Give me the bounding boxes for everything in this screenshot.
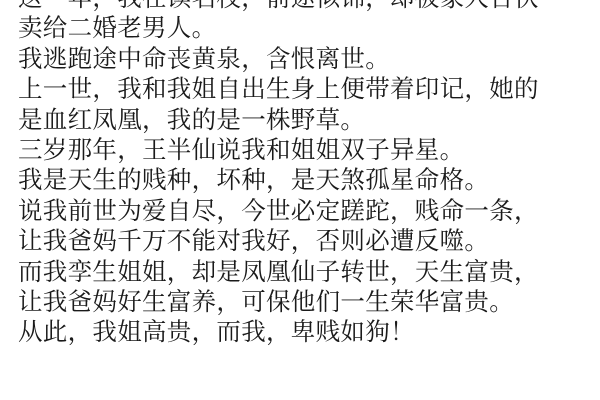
text-line: 说我前世为爱自尽，今世必定蹉跎，贱命一条， — [18, 196, 593, 226]
text-line: 三岁那年，王半仙说我和姐姐双子异星。 — [18, 135, 593, 165]
story-text: 这一年，我在读名校，前途似锦，却被家人合伙 卖给二婚老男人。 我逃跑途中命丧黄泉… — [18, 0, 593, 348]
text-line: 上一世，我和我姐自出生身上便带着印记，她的 — [18, 74, 593, 104]
text-line: 是血红凤凰，我的是一株野草。 — [18, 105, 593, 135]
text-line: 这一年，我在读名校，前途似锦，却被家人合伙 — [18, 0, 593, 13]
document-page: 这一年，我在读名校，前途似锦，却被家人合伙 卖给二婚老男人。 我逃跑途中命丧黄泉… — [0, 0, 600, 400]
text-line: 卖给二婚老男人。 — [18, 13, 593, 43]
text-line: 我逃跑途中命丧黄泉，含恨离世。 — [18, 44, 593, 74]
text-line: 从此，我姐高贵，而我，卑贱如狗！ — [18, 317, 593, 347]
text-line: 而我孪生姐姐，却是凤凰仙子转世，天生富贵， — [18, 257, 593, 287]
text-line: 让我爸妈好生富养，可保他们一生荣华富贵。 — [18, 287, 593, 317]
text-line: 我是天生的贱种，坏种，是天煞孤星命格。 — [18, 165, 593, 195]
text-line: 让我爸妈千万不能对我好，否则必遭反噬。 — [18, 226, 593, 256]
